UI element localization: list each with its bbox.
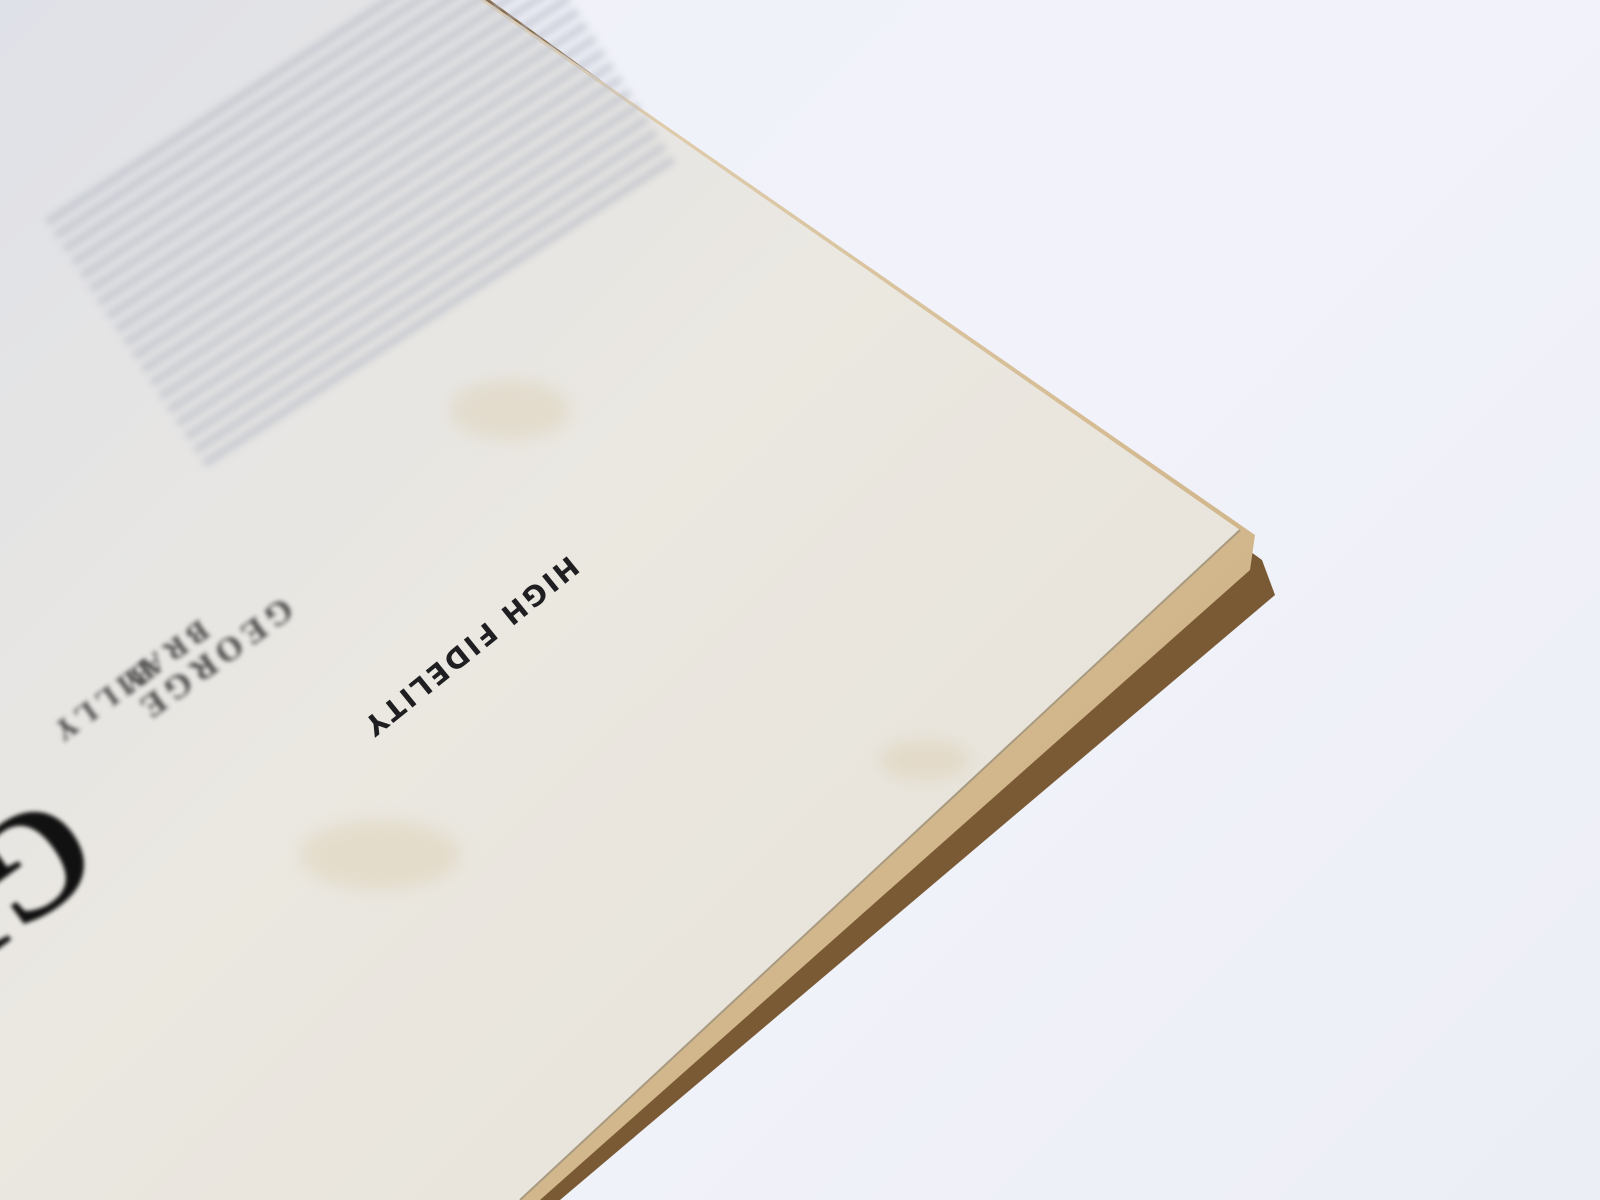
stain <box>450 380 570 440</box>
stain <box>300 820 460 890</box>
stain <box>880 740 970 780</box>
photo-scene: HIGH FIDELITY GEORGE BRAY BILLY GE <box>0 0 1600 1200</box>
